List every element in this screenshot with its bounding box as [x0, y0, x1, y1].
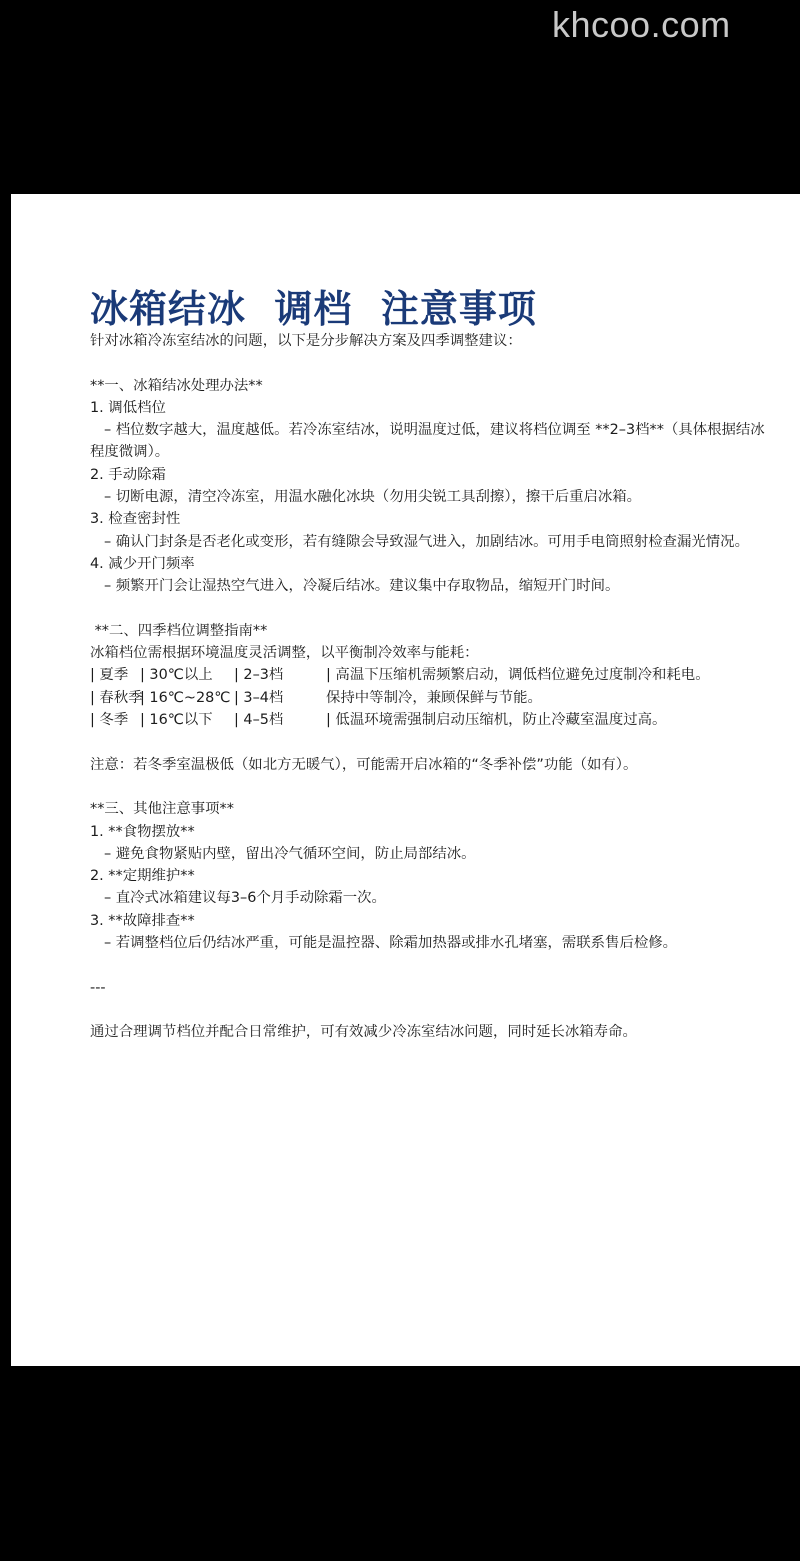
section3-item-detail: – 避免食物紧贴内壁，留出冷气循环空间，防止局部结冰。	[90, 843, 770, 865]
season-row: | 春秋季 | 16℃~28℃ | 3–4档 保持中等制冷，兼顾保鲜与节能。	[90, 687, 770, 709]
season-level: | 4–5档	[234, 709, 326, 731]
section1-item-detail: – 档位数字越大，温度越低。若冷冻室结冰，说明温度过低，建议将档位调至 **2–…	[90, 419, 770, 464]
section3-item-detail: – 若调整档位后仍结冰严重，可能是温控器、除霜加热器或排水孔堵塞，需联系售后检修…	[90, 932, 770, 954]
season-temp: | 16℃以下	[140, 709, 234, 731]
section3-item-label: 3. **故障排查**	[90, 910, 770, 932]
section1-item-label: 3. 检查密封性	[90, 508, 770, 530]
season-note: | 高温下压缩机需频繁启动，调低档位避免过度制冷和耗电。	[326, 664, 770, 686]
season-temp: | 16℃~28℃	[140, 687, 234, 709]
section3-item-label: 2. **定期维护**	[90, 865, 770, 887]
intro-text: 针对冰箱冷冻室结冰的问题，以下是分步解决方案及四季调整建议：	[90, 330, 770, 352]
season-level: | 2–3档	[234, 664, 326, 686]
section1-item-label: 4. 减少开门频率	[90, 553, 770, 575]
watermark: khcoo.com	[552, 4, 731, 46]
season-note: 保持中等制冷，兼顾保鲜与节能。	[326, 687, 770, 709]
section2-heading: **二、四季档位调整指南**	[90, 620, 770, 642]
section1-item-label: 1. 调低档位	[90, 397, 770, 419]
section1-heading: **一、冰箱结冰处理办法**	[90, 375, 770, 397]
season-name: | 冬季	[90, 709, 140, 731]
page-title: 冰箱结冰 调档 注意事项	[90, 278, 537, 333]
season-level: | 3–4档	[234, 687, 326, 709]
divider: ---	[90, 977, 770, 999]
document-body: 针对冰箱冷冻室结冰的问题，以下是分步解决方案及四季调整建议： **一、冰箱结冰处…	[90, 330, 770, 1044]
section3-item-detail: – 直冷式冰箱建议每3–6个月手动除霜一次。	[90, 887, 770, 909]
section1-item-detail: – 频繁开门会让湿热空气进入，冷凝后结冰。建议集中存取物品，缩短开门时间。	[90, 575, 770, 597]
section1-item-detail: – 切断电源，清空冷冻室，用温水融化冰块（勿用尖锐工具刮擦），擦干后重启冰箱。	[90, 486, 770, 508]
season-name: | 夏季	[90, 664, 140, 686]
season-row: | 冬季 | 16℃以下 | 4–5档 | 低温环境需强制启动压缩机，防止冷藏室…	[90, 709, 770, 731]
section3-heading: **三、其他注意事项**	[90, 798, 770, 820]
section2-intro: 冰箱档位需根据环境温度灵活调整，以平衡制冷效率与能耗：	[90, 642, 770, 664]
section1-item-label: 2. 手动除霜	[90, 464, 770, 486]
season-row: | 夏季 | 30℃以上 | 2–3档 | 高温下压缩机需频繁启动，调低档位避免…	[90, 664, 770, 686]
document-page: 冰箱结冰 调档 注意事项 针对冰箱冷冻室结冰的问题，以下是分步解决方案及四季调整…	[11, 194, 800, 1366]
season-temp: | 30℃以上	[140, 664, 234, 686]
section1-item-detail: – 确认门封条是否老化或变形，若有缝隙会导致湿气进入，加剧结冰。可用手电筒照射检…	[90, 531, 770, 553]
section3-item-label: 1. **食物摆放**	[90, 821, 770, 843]
season-name: | 春秋季	[90, 687, 140, 709]
season-note: | 低温环境需强制启动压缩机，防止冷藏室温度过高。	[326, 709, 770, 731]
winter-notice: 注意：若冬季室温极低（如北方无暖气），可能需开启冰箱的“冬季补偿”功能（如有）。	[90, 754, 770, 776]
conclusion-text: 通过合理调节档位并配合日常维护，可有效减少冷冻室结冰问题，同时延长冰箱寿命。	[90, 1021, 770, 1043]
